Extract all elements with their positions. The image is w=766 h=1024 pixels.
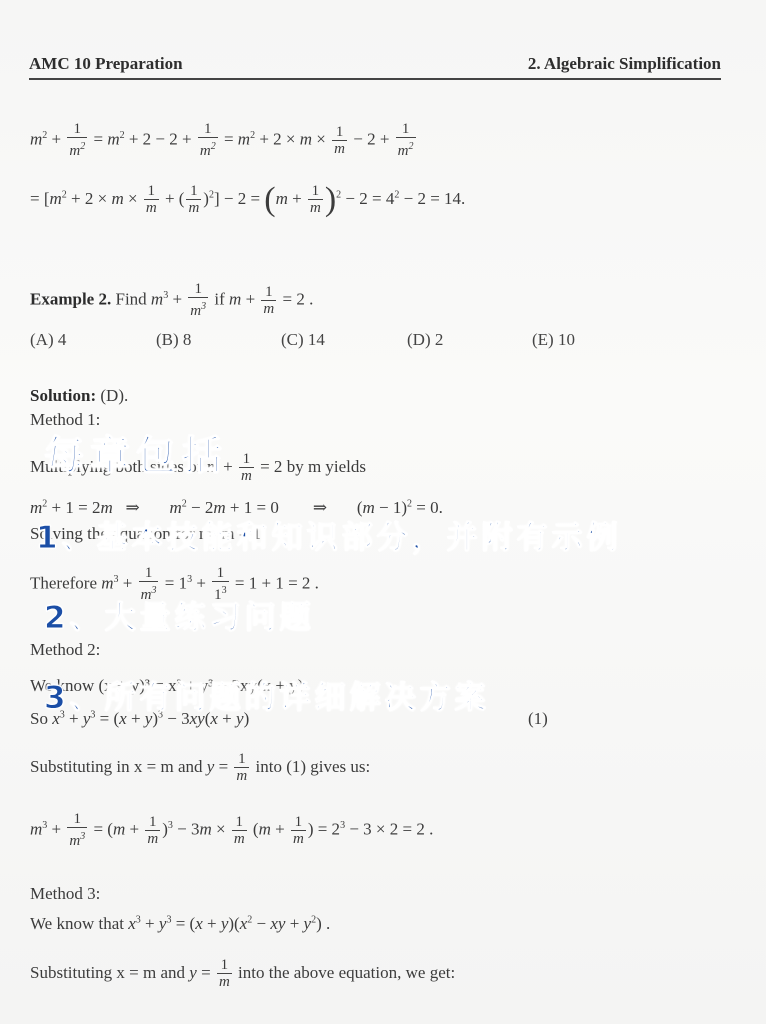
- solution-answer: (D).: [100, 386, 128, 405]
- solution-line: Solution: (D).: [30, 386, 128, 406]
- choice-d: (D) 2: [407, 330, 443, 350]
- page-header: AMC 10 Preparation 2. Algebraic Simplifi…: [29, 54, 721, 80]
- method-2-line-3: Substituting in x = m and y = 1m into (1…: [30, 752, 370, 784]
- derivation-line-1: m2 + 1m2 = m2 + 2 − 2 + 1m2 = m2 + 2 × m…: [30, 122, 418, 159]
- example-prompt: Example 2. Find m3 + 1m3 if m + 1m = 2 .: [30, 282, 313, 319]
- overlay-item-1: 1、基本技能和知识部分，并附有示例: [36, 512, 622, 557]
- book-title: AMC 10 Preparation: [29, 54, 183, 74]
- choice-e: (E) 10: [532, 330, 575, 350]
- example-if-word: if: [214, 289, 224, 308]
- example-find-word: Find: [115, 289, 146, 308]
- choice-b: (B) 8: [156, 330, 191, 350]
- method-3-title: Method 3:: [30, 884, 100, 904]
- example-label: Example 2.: [30, 289, 111, 308]
- overlay-title: 每章包括: [44, 424, 228, 481]
- derivation-line-2: = [m2 + 2 × m × 1m + (1m)2] − 2 = (m + 1…: [30, 184, 465, 216]
- method-3-line-2: Substituting x = m and y = 1m into the a…: [30, 958, 455, 990]
- method-2-title: Method 2:: [30, 640, 100, 660]
- choice-a: (A) 4: [30, 330, 66, 350]
- chapter-title: 2. Algebraic Simplification: [528, 54, 721, 74]
- choice-c: (C) 14: [281, 330, 325, 350]
- document-page: AMC 10 Preparation 2. Algebraic Simplifi…: [0, 0, 766, 1024]
- equation-number: (1): [528, 709, 548, 729]
- solution-label: Solution:: [30, 386, 96, 405]
- method-3-line-1: We know that x3 + y3 = (x + y)(x2 − xy +…: [30, 914, 330, 934]
- method-2-line-4: m3 + 1m3 = (m + 1m)3 − 3m × 1m (m + 1m) …: [30, 812, 433, 849]
- overlay-item-2: 2、大量练习问题: [44, 592, 315, 637]
- overlay-item-3: 3、所有问题的详细解决方案: [44, 672, 490, 717]
